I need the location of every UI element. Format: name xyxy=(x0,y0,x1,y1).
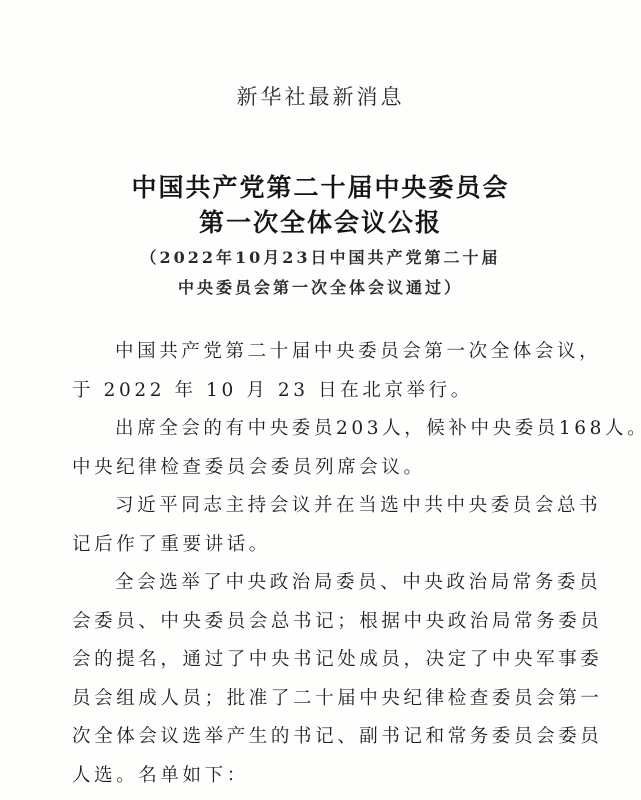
paragraph-line: 全会选举了中央政治局委员、中央政治局常务委员 xyxy=(72,564,572,603)
paragraph-line: 习近平同志主持会议并在当选中共中央委员会总书 xyxy=(72,487,572,526)
paragraph-line: 中央纪律检查委员会委员列席会议。 xyxy=(72,449,572,488)
document-title-line-2: 第一次全体会议公报 xyxy=(0,203,641,239)
paragraph-3: 习近平同志主持会议并在当选中共中央委员会总书 记后作了重要讲话。 xyxy=(72,487,572,564)
paragraph-line: 中国共产党第二十届中央委员会第一次全体会议， xyxy=(72,333,572,372)
paragraph-line: 人选。名单如下： xyxy=(72,757,572,796)
paragraph-2: 出席全会的有中央委员203人，候补中央委员168人。 中央纪律检查委员会委员列席… xyxy=(72,410,572,487)
paragraph-line: 出席全会的有中央委员203人，候补中央委员168人。 xyxy=(72,410,572,449)
paragraph-line: 记后作了重要讲话。 xyxy=(72,526,572,565)
paragraph-4: 全会选举了中央政治局委员、中央政治局常务委员 会委员、中央委员会总书记；根据中央… xyxy=(72,564,572,795)
news-source-header: 新华社最新消息 xyxy=(0,81,641,111)
paragraph-line: 会的提名，通过了中央书记处成员，决定了中央军事委 xyxy=(72,641,572,680)
document-subtitle-line-2: 中央委员会第一次全体会议通过） xyxy=(0,275,641,298)
paragraph-line: 次全体会议选举产生的书记、副书记和常务委员会委员 xyxy=(72,718,572,757)
paragraph-1: 中国共产党第二十届中央委员会第一次全体会议， 于 2022 年 10 月 23 … xyxy=(72,333,572,410)
paragraph-line: 于 2022 年 10 月 23 日在北京举行。 xyxy=(72,372,572,411)
document-title-line-1: 中国共产党第二十届中央委员会 xyxy=(0,168,641,204)
paragraph-line: 员会组成人员；批准了二十届中央纪律检查委员会第一 xyxy=(72,680,572,719)
paragraph-line: 会委员、中央委员会总书记；根据中央政治局常务委员 xyxy=(72,603,572,642)
document-body: 中国共产党第二十届中央委员会第一次全体会议， 于 2022 年 10 月 23 … xyxy=(72,333,572,795)
document-page: 新华社最新消息 中国共产党第二十届中央委员会 第一次全体会议公报 （2022年1… xyxy=(0,0,641,800)
document-subtitle-line-1: （2022年10月23日中国共产党第二十届 xyxy=(0,245,641,268)
